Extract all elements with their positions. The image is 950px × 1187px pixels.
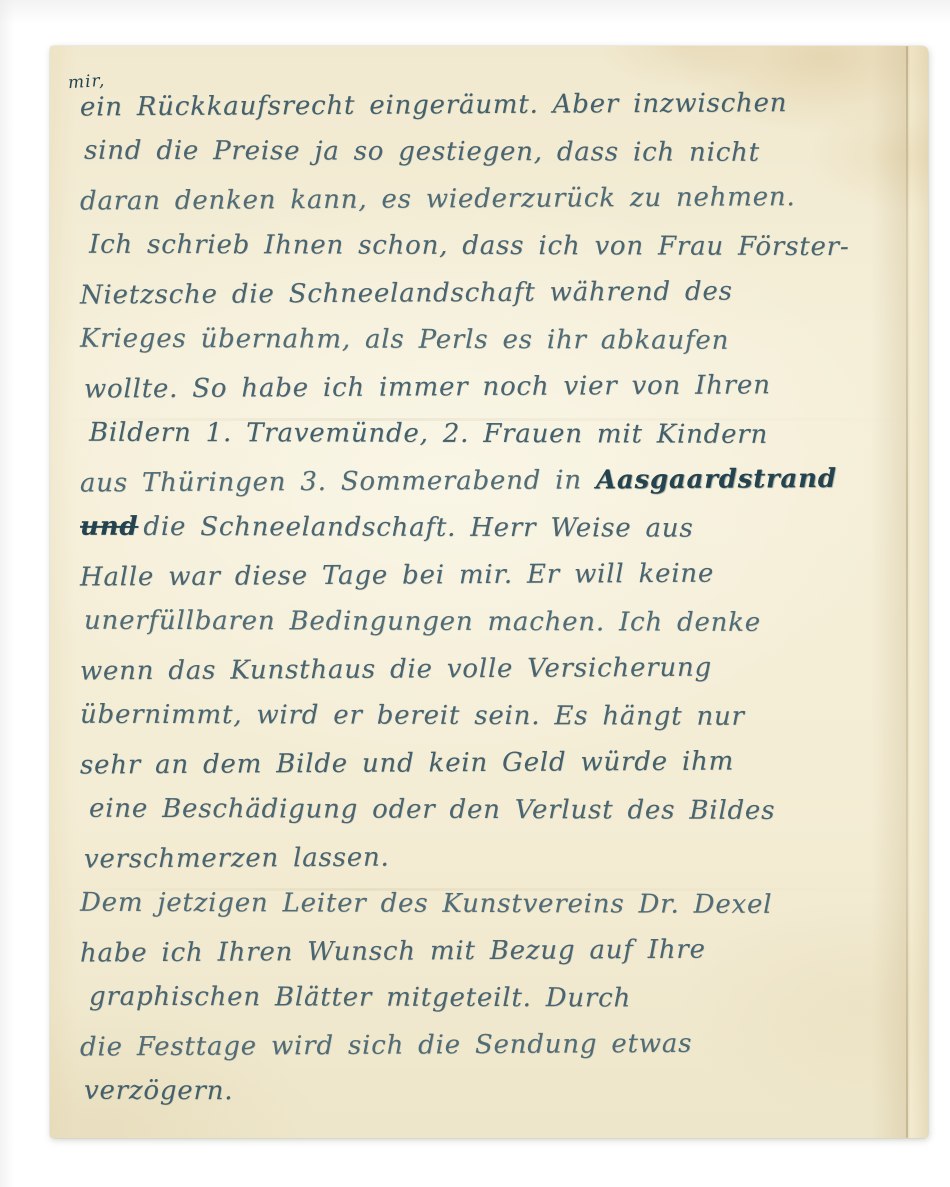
letter-line: sehr an dem Bilde und kein Geld würde ih… — [80, 745, 902, 797]
letter-line-text: unerfüllbaren Bedingungen machen. Ich de… — [84, 606, 761, 638]
letter-line: übernimmt, wird er bereit sein. Es hängt… — [80, 700, 902, 750]
letter-line-text: wollte. So habe ich immer noch vier von … — [84, 370, 771, 404]
letter-line-text: Krieges übernahm, als Perls es ihr abkau… — [80, 324, 729, 356]
letter-line: habe ich Ihren Wunsch mit Bezug auf Ihre — [80, 933, 902, 985]
letter-line: verschmerzen lassen. — [80, 839, 902, 891]
letter-line: aus Thüringen 3. Sommerabend in Aasgaard… — [80, 463, 902, 515]
letter-line: Ich schrieb Ihnen schon, dass ich von Fr… — [80, 230, 902, 280]
letter-line-text: Nietzsche die Schneelandschaft während d… — [80, 277, 733, 311]
letter-line-text: Halle war diese Tage bei mir. Er will ke… — [80, 559, 714, 593]
letter-line-text: wenn das Kunsthaus die volle Versicherun… — [80, 653, 712, 687]
letter-line-text: graphischen Blätter mitgeteilt. Durch — [89, 982, 631, 1014]
letter-line: unddie Schneelandschaft. Herr Weise aus — [80, 512, 902, 562]
letter-line: Krieges übernahm, als Perls es ihr abkau… — [80, 324, 902, 374]
letter-paper: mir, ein Rückkaufsrecht eingeräumt. Aber… — [50, 46, 928, 1138]
overwritten-word: Aasgaardstrand — [596, 464, 837, 495]
letter-line: ein Rückkaufsrecht eingeräumt. Aber inzw… — [80, 87, 902, 139]
letter-line-text: sind die Preise ja so gestiegen, dass ic… — [84, 136, 760, 168]
letter-line-text: Dem jetzigen Leiter des Kunstvereins Dr.… — [80, 888, 772, 920]
letter-line-text: eine Beschädigung oder den Verlust des B… — [89, 794, 775, 826]
letter-line: die Festtage wird sich die Sendung etwas — [80, 1027, 902, 1079]
letter-line-text: sehr an dem Bilde und kein Geld würde ih… — [80, 747, 734, 781]
letter-line-text: aus Thüringen 3. Sommerabend in — [80, 465, 596, 498]
paper-fold-crease — [906, 46, 908, 1138]
letter-line-text: übernimmt, wird er bereit sein. Es hängt… — [80, 700, 745, 732]
letter-line-text: Ich schrieb Ihnen schon, dass ich von Fr… — [89, 230, 850, 262]
letter-line-text: verschmerzen lassen. — [84, 843, 390, 875]
letter-line-text: daran denken kann, es wiederzurück zu ne… — [80, 182, 796, 216]
letter-line: wollte. So habe ich immer noch vier von … — [80, 369, 902, 421]
letter-line: verzögern. — [80, 1076, 902, 1126]
letter-line: sind die Preise ja so gestiegen, dass ic… — [80, 136, 902, 186]
letter-body: ein Rückkaufsrecht eingeräumt. Aber inzw… — [80, 90, 902, 1124]
letter-line: eine Beschädigung oder den Verlust des B… — [80, 794, 902, 844]
letter-line: graphischen Blätter mitgeteilt. Durch — [80, 982, 902, 1032]
struck-word: und — [80, 512, 138, 542]
letter-line: wenn das Kunsthaus die volle Versicherun… — [80, 651, 902, 703]
letter-line: Dem jetzigen Leiter des Kunstvereins Dr.… — [80, 888, 902, 938]
letter-line-text: verzögern. — [84, 1076, 233, 1106]
letter-line: Nietzsche die Schneelandschaft während d… — [80, 275, 902, 327]
letter-line: unerfüllbaren Bedingungen machen. Ich de… — [80, 606, 902, 656]
letter-line: Halle war diese Tage bei mir. Er will ke… — [80, 557, 902, 609]
letter-line-text: Bildern 1. Travemünde, 2. Frauen mit Kin… — [89, 418, 768, 450]
letter-line-text: habe ich Ihren Wunsch mit Bezug auf Ihre — [80, 935, 706, 969]
letter-line: Bildern 1. Travemünde, 2. Frauen mit Kin… — [80, 418, 902, 468]
letter-line: daran denken kann, es wiederzurück zu ne… — [80, 181, 902, 233]
letter-line-text: die Schneelandschaft. Herr Weise aus — [143, 512, 693, 544]
letter-line-text: die Festtage wird sich die Sendung etwas — [80, 1029, 692, 1063]
letter-line-text: ein Rückkaufsrecht eingeräumt. Aber inzw… — [80, 88, 788, 122]
